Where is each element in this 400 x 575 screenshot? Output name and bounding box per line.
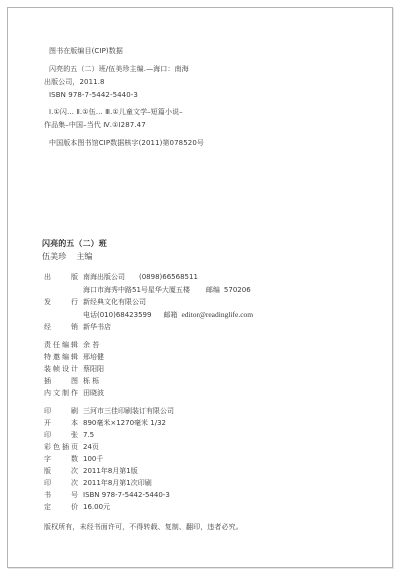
staff-value: 田晓波	[83, 389, 104, 398]
book-title: 闪亮的五（二）班	[42, 239, 107, 249]
staff-label: 装帧设计	[44, 365, 78, 374]
spec-value: 2011年8月第1版	[83, 467, 138, 476]
staff-value: 蔡阳阳	[83, 365, 104, 374]
spec-value: 24页	[83, 443, 99, 452]
spec-label: 书号	[44, 491, 78, 500]
spec-row: 定价16.00元	[44, 503, 110, 512]
spec-label: 彩色插页	[44, 443, 78, 452]
publisher-address-row: 海口市海秀中路51号星华大厦五楼邮编570206	[83, 286, 251, 295]
spec-row: 版次2011年8月第1版	[44, 467, 138, 476]
author-role: 主编	[76, 252, 92, 261]
staff-row: 装帧设计蔡阳阳	[44, 365, 104, 374]
spec-label: 版次	[44, 467, 78, 476]
copyright-notice: 版权所有，未经书面许可，不得转载、复制、翻印，违者必究。	[44, 523, 243, 532]
staff-row: 责任编辑余 苔	[44, 341, 99, 350]
spec-row: 开本890毫米×1270毫米 1/32	[44, 419, 166, 428]
spec-value: ISBN 978-7-5442-5440-3	[83, 491, 170, 500]
spec-label: 字数	[44, 455, 78, 464]
seller-name: 新华书店	[83, 323, 111, 332]
author-name: 伍美珍	[42, 252, 66, 261]
staff-value: 邢培健	[83, 353, 104, 362]
spec-row: 字数100千	[44, 455, 103, 464]
cip-line-2: 出版公司，2011.8	[44, 78, 105, 87]
spec-value: 890毫米×1270毫米 1/32	[83, 419, 166, 428]
publisher-label: 出版	[44, 273, 78, 282]
spec-label: 定价	[44, 503, 78, 512]
spec-label: 开本	[44, 419, 78, 428]
spec-value: 16.00元	[83, 503, 110, 512]
seller-label: 经销	[44, 323, 78, 332]
staff-label: 责任编辑	[44, 341, 78, 350]
staff-row: 特邀编辑邢培健	[44, 353, 104, 362]
staff-label: 内文制作	[44, 389, 78, 398]
distributor-contact-row: 电话(010)68423599邮箱editor@readinglife.com	[83, 310, 253, 320]
seller-row: 经销新华书店	[44, 323, 111, 332]
email-link[interactable]: editor@readinglife.com	[181, 310, 253, 319]
spec-label: 印张	[44, 431, 78, 440]
staff-row: 内文制作田晓波	[44, 389, 104, 398]
spec-label: 印刷	[44, 407, 78, 416]
cip-isbn: ISBN 978-7-5442-5440-3	[49, 91, 138, 100]
spec-value: 7.5	[83, 431, 94, 440]
cip-classification-2: 作品集–中国–当代 Ⅳ.①I287.47	[44, 121, 146, 130]
cip-heading: 图书在版编目(CIP)数据	[49, 47, 123, 56]
staff-label: 特邀编辑	[44, 353, 78, 362]
spec-value: 三河市三佳印刷装订有限公司	[83, 407, 174, 416]
spec-row: 印刷三河市三佳印刷装订有限公司	[44, 407, 174, 416]
spec-row: 彩色插页24页	[44, 443, 99, 452]
spec-row: 印次2011年8月第1次印刷	[44, 479, 152, 488]
book-author: 伍美珍主编	[42, 252, 93, 262]
distributor-name: 新经典文化有限公司	[83, 298, 146, 307]
staff-label: 插图	[44, 377, 78, 386]
publisher-phone: (0898)66568511	[139, 273, 198, 281]
spec-label: 印次	[44, 479, 78, 488]
postcode-label: 邮编	[206, 286, 220, 294]
publisher-address: 海口市海秀中路51号星华大厦五楼	[83, 286, 190, 294]
publisher-row: 出版南海出版公司(0898)66568511	[44, 273, 198, 282]
distributor-label: 发行	[44, 298, 78, 307]
email-label: 邮箱	[163, 311, 177, 319]
spec-value: 100千	[83, 455, 103, 464]
cip-classification-1: Ⅰ.①闪… Ⅱ.①伍… Ⅲ.①儿童文学–短篇小说–	[49, 108, 183, 117]
staff-value: 栎 栎	[83, 377, 99, 386]
cip-line-1: 闪亮的五（二）班/伍美珍主编.—海口：南海	[49, 65, 189, 74]
postcode: 570206	[224, 286, 251, 294]
spec-row: 书号ISBN 978-7-5442-5440-3	[44, 491, 170, 500]
staff-value: 余 苔	[83, 341, 99, 350]
distributor-row: 发行新经典文化有限公司	[44, 298, 146, 307]
spec-row: 印张7.5	[44, 431, 94, 440]
spec-value: 2011年8月第1次印刷	[83, 479, 152, 488]
distributor-phone: 电话(010)68423599	[83, 311, 151, 319]
staff-row: 插图栎 栎	[44, 377, 99, 386]
publisher-name: 南海出版公司	[83, 273, 125, 281]
cip-number: 中国版本图书馆CIP数据核字(2011)第078520号	[49, 139, 204, 148]
